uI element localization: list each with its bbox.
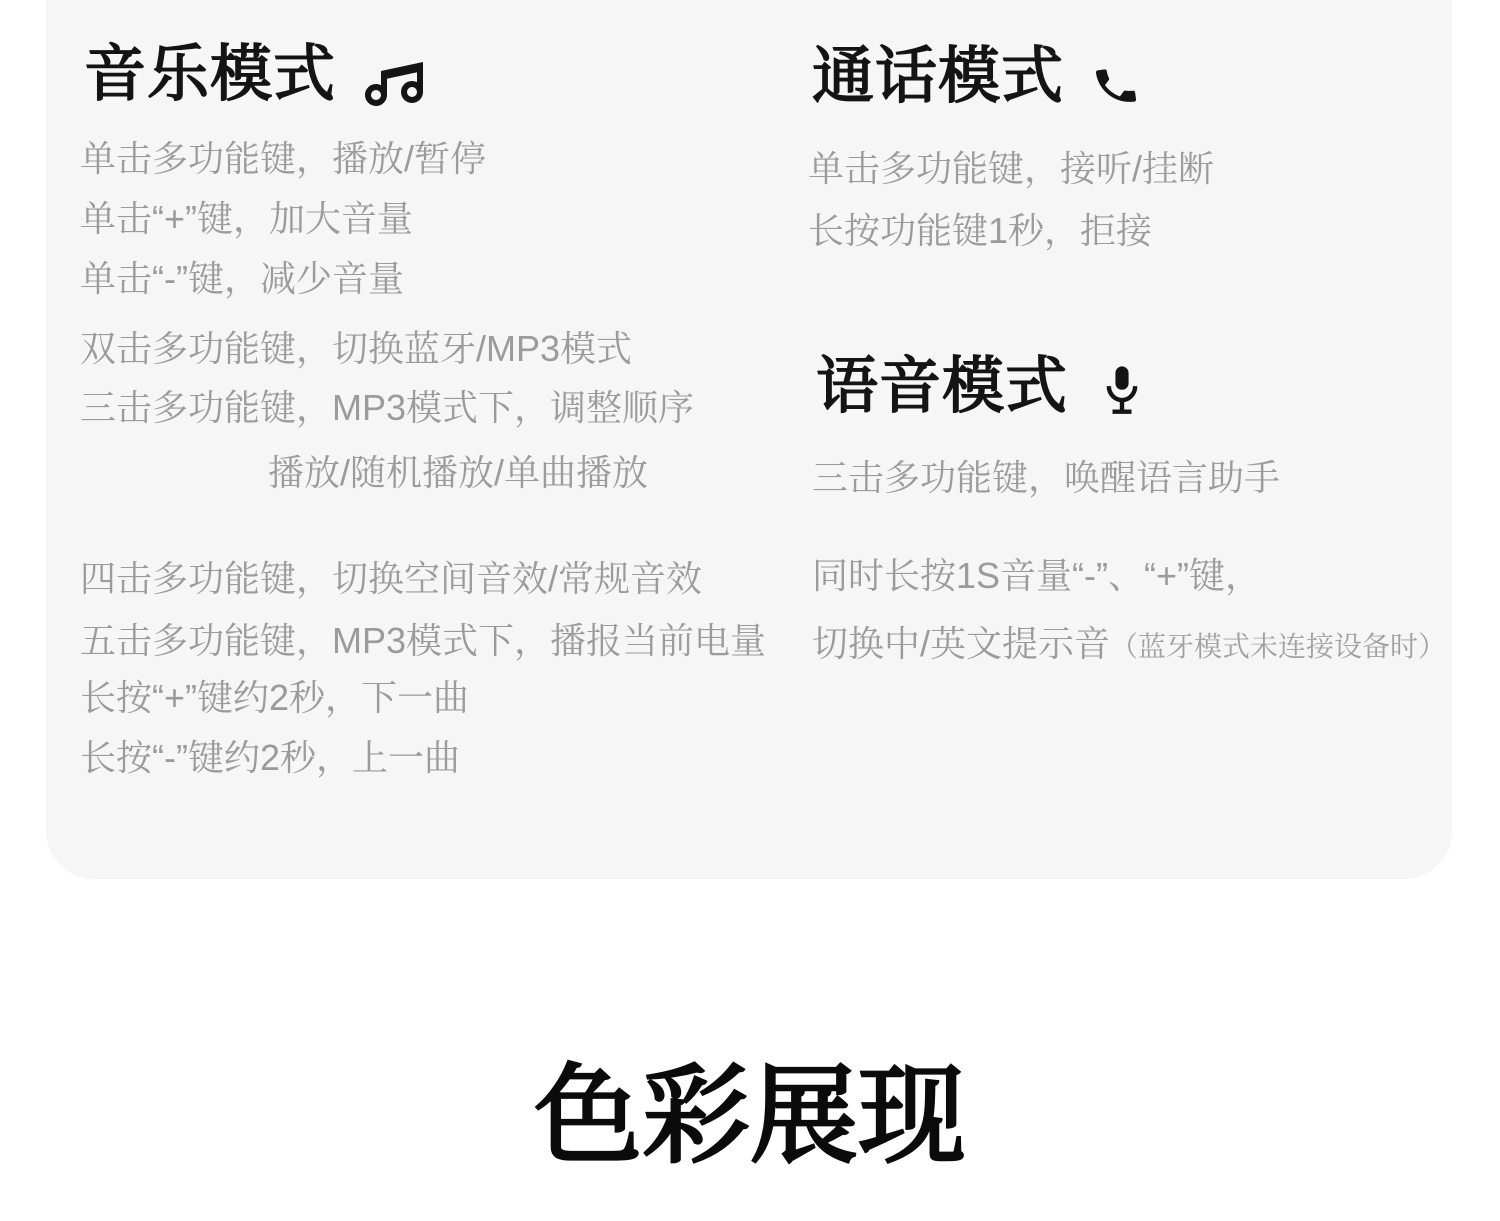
- music-notes-icon: [363, 58, 429, 113]
- instruction-line: 长按“-”键约2秒，上一曲: [80, 736, 460, 780]
- instruction-line-continuation: 播放/随机播放/单曲播放: [268, 451, 648, 495]
- voice-mode-title: 语音模式: [816, 350, 1068, 424]
- instruction-text: 切换中/英文提示音: [812, 623, 1110, 664]
- instruction-line: 长按功能键1秒，拒接: [808, 209, 1152, 253]
- instruction-line: 切换中/英文提示音（蓝牙模式未连接设备时）: [812, 622, 1446, 669]
- instruction-line: 单击“+”键，加大音量: [80, 197, 413, 241]
- instruction-line: 双击多功能键，切换蓝牙/MP3模式: [80, 327, 632, 371]
- instruction-line: 四击多功能键，切换空间音效/常规音效: [80, 557, 702, 601]
- phone-icon: [1092, 62, 1140, 115]
- instruction-line: 三击多功能键，MP3模式下，调整顺序: [80, 386, 694, 430]
- product-detail-page: 音乐模式 单击多功能键，播放/暂停 单击“+”键，加大音量 单击“-”键，减少音…: [0, 0, 1500, 1221]
- instruction-note: （蓝牙模式未连接设备时）: [1110, 631, 1446, 662]
- instruction-line: 五击多功能键，MP3模式下，播报当前电量: [80, 619, 766, 663]
- instruction-line: 单击多功能键，播放/暂停: [80, 137, 486, 181]
- music-mode-title: 音乐模式: [84, 38, 336, 112]
- call-mode-title: 通话模式: [812, 40, 1064, 114]
- instruction-line: 单击“-”键，减少音量: [80, 257, 404, 301]
- instruction-line: 三击多功能键，唤醒语言助手: [812, 456, 1280, 500]
- instruction-line: 同时长按1S音量“-”、“+”键，: [812, 554, 1261, 598]
- instruction-line: 单击多功能键，接听/挂断: [808, 147, 1214, 191]
- instruction-line: 长按“+”键约2秒，下一曲: [80, 676, 469, 720]
- microphone-icon: [1103, 364, 1141, 425]
- color-showcase-heading: 色彩展现: [0, 1053, 1500, 1179]
